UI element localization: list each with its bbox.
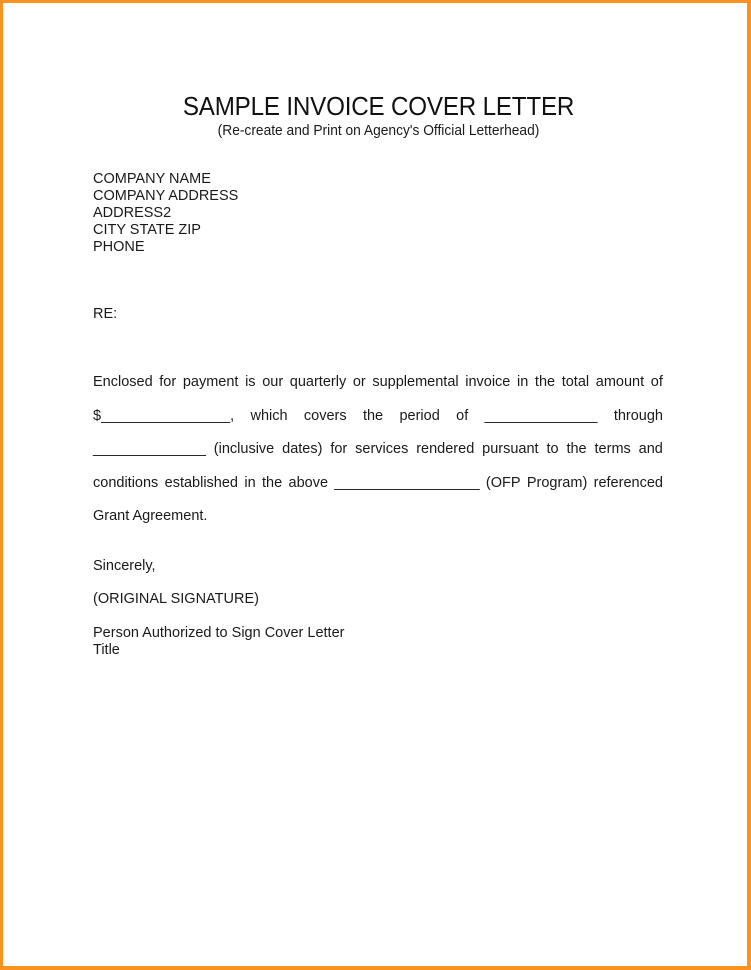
body-word: (inclusive (214, 439, 274, 473)
body-word: and (639, 439, 663, 473)
body-word: or (353, 372, 366, 406)
body-word: (OFP (486, 473, 521, 507)
body-word: dates) (282, 439, 322, 473)
body-word: referenced (594, 473, 663, 507)
body-word: the (566, 439, 586, 473)
body-word: ______________ (485, 406, 598, 440)
document-title: SAMPLE INVOICE COVER LETTER (29, 91, 727, 121)
body-line: Grant Agreement. (93, 506, 663, 540)
body-word: the (363, 406, 383, 440)
body-word: terms (595, 439, 631, 473)
company-name: COMPANY NAME (93, 171, 238, 188)
body-word: the (535, 372, 555, 406)
company-address: COMPANY ADDRESS (93, 188, 238, 205)
signer-title: Title (93, 642, 120, 659)
body-word: for (159, 372, 176, 406)
body-word: rendered (416, 439, 474, 473)
address-block: COMPANY NAME COMPANY ADDRESS ADDRESS2 CI… (93, 171, 238, 256)
body-word: Program) (527, 473, 587, 507)
body-word: in (244, 473, 255, 507)
body-word: established (165, 473, 238, 507)
page-frame: SAMPLE INVOICE COVER LETTER (Re-create a… (0, 0, 751, 970)
signer-name: Person Authorized to Sign Cover Letter (93, 625, 344, 642)
body-word: Enclosed (93, 372, 153, 406)
body-word: amount (596, 372, 644, 406)
original-signature: (ORIGINAL SIGNATURE) (93, 591, 259, 608)
body-word: covers (304, 406, 347, 440)
document-subtitle: (Re-create and Print on Agency's Officia… (22, 122, 735, 140)
body-word: __________________ (334, 473, 479, 507)
closing-sincerely: Sincerely, (93, 558, 156, 575)
body-word: ______________ (93, 439, 206, 473)
re-label: RE: (93, 306, 117, 323)
body-word: above (289, 473, 329, 507)
body-word: which (250, 406, 287, 440)
body-word: supplemental (372, 372, 458, 406)
body-word: conditions (93, 473, 158, 507)
body-word: $________________, (93, 406, 234, 440)
body-word: in (517, 372, 528, 406)
body-word: Grant Agreement. (93, 506, 207, 540)
body-word: through (614, 406, 663, 440)
body-line: conditionsestablishedintheabove_________… (93, 473, 663, 507)
city-state-zip: CITY STATE ZIP (93, 222, 238, 239)
body-word: of (651, 372, 663, 406)
body-word: for (330, 439, 347, 473)
phone: PHONE (93, 239, 238, 256)
body-word: invoice (465, 372, 510, 406)
body-line: ______________(inclusivedates)forservice… (93, 439, 663, 473)
body-word: the (262, 473, 282, 507)
body-word: our (262, 372, 283, 406)
body-line: $________________,whichcoverstheperiodof… (93, 406, 663, 440)
body-word: services (355, 439, 408, 473)
body-word: pursuant (482, 439, 538, 473)
body-line: Enclosedforpaymentisourquarterlyorsupple… (93, 372, 663, 406)
company-address2: ADDRESS2 (93, 205, 238, 222)
body-word: to (546, 439, 558, 473)
body-word: is (245, 372, 255, 406)
body-word: period (399, 406, 439, 440)
body-word: of (456, 406, 468, 440)
body-word: total (562, 372, 589, 406)
body-paragraph: Enclosedforpaymentisourquarterlyorsupple… (93, 372, 663, 540)
body-word: quarterly (290, 372, 346, 406)
body-word: payment (183, 372, 239, 406)
